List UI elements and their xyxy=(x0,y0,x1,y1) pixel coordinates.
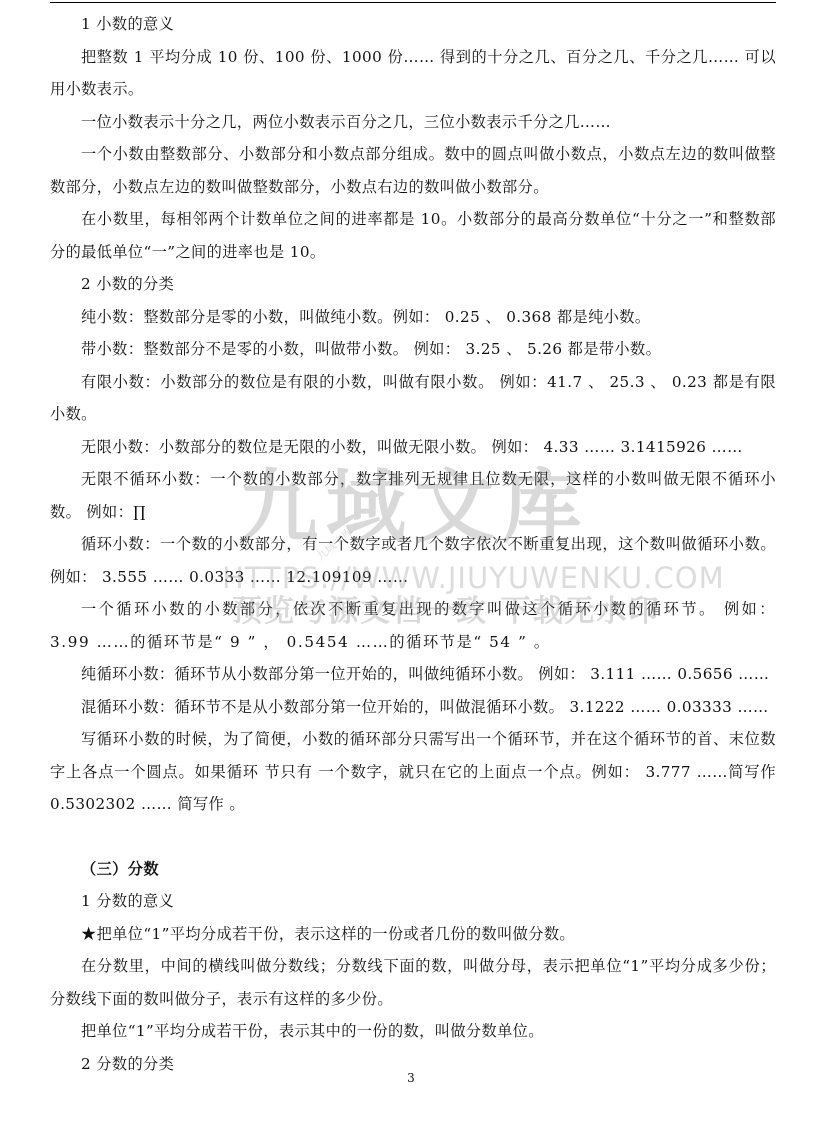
paragraph: 混循环小数：循环节不是从小数部分第一位开始的，叫做混循环小数。 3.1222 …… xyxy=(50,691,776,724)
paragraph: 纯循环小数：循环节从小数部分第一位开始的，叫做纯循环小数。 例如： 3.111 … xyxy=(50,658,776,691)
paragraph: 在分数里，中间的横线叫做分数线；分数线下面的数，叫做分母，表示把单位“1”平均分… xyxy=(50,950,776,1015)
paragraph: 把单位“1”平均分成若干份，表示其中的一份的数，叫做分数单位。 xyxy=(50,1015,776,1048)
section-heading-fractions: （三）分数 xyxy=(50,853,776,886)
paragraph: 一个循环小数的小数部分，依次不断重复出现的数字叫做这个循环小数的循环节。 例如：… xyxy=(50,593,776,658)
paragraph: 把整数 1 平均分成 10 份、100 份、1000 份…… 得到的十分之几、百… xyxy=(50,41,776,106)
subheading-fraction-meaning: 1 分数的意义 xyxy=(50,885,776,918)
paragraph: 纯小数：整数部分是零的小数，叫做纯小数。例如： 0.25 、 0.368 都是纯… xyxy=(50,301,776,334)
subheading-decimal-classification: 2 小数的分类 xyxy=(50,268,776,301)
paragraph: 在小数里，每相邻两个计数单位之间的进率都是 10。小数部分的最高分数单位“十分之… xyxy=(50,203,776,268)
page-body: 1 小数的意义 把整数 1 平均分成 10 份、100 份、1000 份…… 得… xyxy=(50,8,776,1080)
page-number: 3 xyxy=(0,1071,822,1085)
paragraph: ★把单位“1”平均分成若干份，表示这样的一份或者几份的数叫做分数。 xyxy=(50,918,776,951)
paragraph: 一位小数表示十分之几，两位小数表示百分之几，三位小数表示千分之几…… xyxy=(50,106,776,139)
header-rule xyxy=(50,2,776,3)
subheading-decimal-meaning: 1 小数的意义 xyxy=(50,8,776,41)
paragraph: 一个小数由整数部分、小数部分和小数点部分组成。数中的圆点叫做小数点，小数点左边的… xyxy=(50,138,776,203)
paragraph: 有限小数：小数部分的数位是有限的小数，叫做有限小数。 例如：41.7 、 25.… xyxy=(50,366,776,431)
paragraph: 无限小数：小数部分的数位是无限的小数，叫做无限小数。 例如： 4.33 …… 3… xyxy=(50,431,776,464)
paragraph: 循环小数：一个数的小数部分，有一个数字或者几个数字依次不断重复出现，这个数叫做循… xyxy=(50,528,776,593)
paragraph: 写循环小数的时候，为了简便，小数的循环部分只需写出一个循环节，并在这个循环节的首… xyxy=(50,723,776,821)
paragraph: 带小数：整数部分不是零的小数，叫做带小数。 例如： 3.25 、 5.26 都是… xyxy=(50,333,776,366)
paragraph: 无限不循环小数：一个数的小数部分，数字排列无规律且位数无限，这样的小数叫做无限不… xyxy=(50,463,776,528)
